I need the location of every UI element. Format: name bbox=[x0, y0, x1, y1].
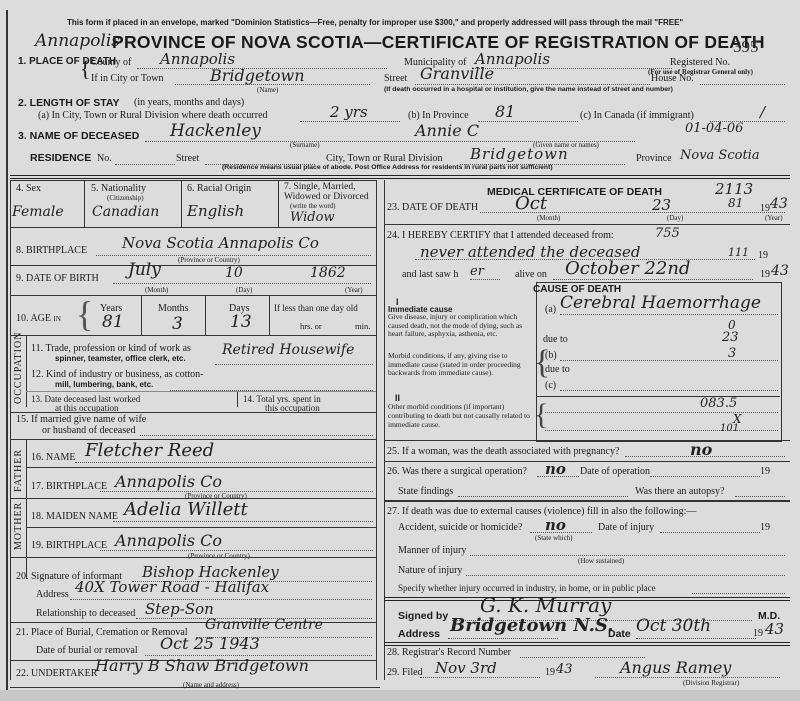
how-sustained: (How sustained) bbox=[578, 557, 624, 565]
age-label: 10. AGE in bbox=[16, 313, 61, 324]
nationality-label: 5. Nationality bbox=[91, 183, 146, 194]
residence-town-label: City, Town or Rural Division bbox=[326, 153, 443, 164]
racial-origin-label: 6. Racial Origin bbox=[187, 183, 251, 194]
q25-label: 25. If a woman, was the death associated… bbox=[387, 446, 619, 457]
filed-year-prefix: 19 bbox=[545, 667, 555, 678]
hrs-label: hrs. or bbox=[300, 321, 322, 331]
deceased-code: 01-04-06 bbox=[685, 121, 743, 136]
medical-date-value: Oct 30th bbox=[636, 616, 711, 636]
hospital-note: (If death occurred in a hospital or inst… bbox=[384, 86, 673, 93]
accident-value: no bbox=[545, 516, 566, 534]
attended-code: 755 bbox=[655, 226, 680, 241]
father-birthplace-label: 17. BIRTHPLACE bbox=[31, 481, 107, 492]
stay-a-label: (a) In City, Town or Rural Division wher… bbox=[38, 110, 268, 121]
residence-town-value: Bridgetown bbox=[470, 145, 569, 163]
month-caption: (Month) bbox=[145, 286, 168, 294]
injury-year-prefix: 19 bbox=[760, 522, 770, 533]
q11-sub: spinner, teamster, office clerk, etc. bbox=[55, 354, 186, 363]
mother-side-label: MOTHER bbox=[13, 502, 24, 550]
nature-label: Nature of injury bbox=[398, 565, 462, 576]
registrar-caption: (Division Registrar) bbox=[683, 679, 739, 687]
death-day-caption: (Day) bbox=[667, 214, 683, 222]
nationality-sub: (Citizenship) bbox=[107, 194, 144, 202]
q29-label: 29. Filed bbox=[387, 667, 423, 678]
last-saw-year: 43 bbox=[771, 263, 789, 279]
residence-note: (Residence means usual place of abode. P… bbox=[222, 164, 553, 171]
medical-date-label: Date bbox=[608, 628, 631, 640]
father-name-label: 16. NAME bbox=[31, 452, 75, 463]
number-stamp: 395 bbox=[733, 37, 759, 57]
brace: { bbox=[80, 58, 91, 80]
province-label: Province bbox=[636, 153, 672, 164]
name-of-deceased-label: 3. NAME OF DECEASED bbox=[18, 130, 139, 142]
length-of-stay-label: 2. LENGTH OF STAY bbox=[18, 97, 120, 109]
header-notice: This form if placed in an envelope, mark… bbox=[67, 18, 683, 27]
death-day: 23 bbox=[652, 196, 671, 214]
surname-caption: (Surname) bbox=[290, 141, 320, 149]
stay-a-value: 2 yrs bbox=[330, 103, 368, 121]
filed-value: Nov 3rd bbox=[435, 659, 497, 677]
q24-label: 24. I HEREBY CERTIFY that I attended dec… bbox=[387, 230, 614, 241]
state-which: (State which) bbox=[535, 534, 573, 542]
cause-code-c: 3 bbox=[728, 346, 736, 361]
autopsy-label: Was there an autopsy? bbox=[635, 486, 724, 497]
residence-street-label: Street bbox=[176, 153, 199, 164]
occupation-value: Retired Housewife bbox=[222, 342, 354, 358]
last-saw-her: er bbox=[470, 264, 484, 279]
death-year-prefix: 19 bbox=[760, 203, 770, 214]
father-birthplace-value: Annapolis Co bbox=[115, 472, 222, 491]
marital-label: 7. Single, Married, Widowed or Divorced bbox=[284, 182, 376, 202]
specify-label: Specify whether injury occurred in indus… bbox=[398, 583, 656, 593]
burial-value: Granville Centre bbox=[205, 617, 323, 633]
nationality-value: Canadian bbox=[92, 204, 159, 220]
last-saw-date: October 22nd bbox=[565, 258, 690, 279]
birthplace-label: 8. BIRTHPLACE bbox=[16, 245, 87, 256]
marital-value: Widow bbox=[290, 210, 335, 225]
given-names-value: Annie C bbox=[415, 121, 479, 140]
death-month-caption: (Month) bbox=[537, 214, 560, 222]
mother-maiden-label: 18. MAIDEN NAME bbox=[31, 511, 118, 522]
day-caption: (Day) bbox=[236, 286, 252, 294]
medical-address-label: Address bbox=[398, 628, 440, 640]
informant-address-value: 40X Tower Road - Halifax bbox=[75, 578, 269, 596]
cause-a-label: (a) bbox=[545, 304, 556, 315]
marital-sub: (write the word) bbox=[290, 202, 335, 210]
other-mark2: 101 bbox=[720, 423, 739, 434]
sex-value: Female bbox=[12, 204, 64, 220]
mother-birthplace-caption: (Province or Country) bbox=[188, 552, 250, 560]
left-border bbox=[6, 10, 8, 700]
q12-sub: mill, lumbering, bank, etc. bbox=[55, 380, 153, 389]
residence-label: RESIDENCE bbox=[30, 152, 91, 164]
q15-sub: or husband of deceased bbox=[42, 425, 136, 436]
street-value: Granville bbox=[420, 64, 494, 83]
other-desc: Other morbid conditions (if important) c… bbox=[388, 402, 530, 429]
due-to-2: due to bbox=[545, 364, 570, 375]
medical-title: MEDICAL CERTIFICATE OF DEATH bbox=[487, 186, 662, 198]
q28-label: 28. Registrar's Record Number bbox=[387, 647, 511, 658]
last-saw-year-prefix: 19 bbox=[760, 269, 770, 280]
mother-maiden-value: Adelia Willett bbox=[124, 499, 248, 520]
alive-on-label: alive on bbox=[515, 269, 547, 280]
dob-year: 1862 bbox=[310, 265, 346, 281]
cause-b-label: (b) bbox=[545, 350, 557, 361]
age-months-label: Months bbox=[158, 303, 189, 314]
burial-date-label: Date of burial or removal bbox=[36, 645, 138, 656]
morbid-desc: Morbid conditions, if any, giving rise t… bbox=[388, 352, 530, 378]
manner-label: Manner of injury bbox=[398, 545, 466, 556]
op-date-label: Date of operation bbox=[580, 466, 650, 477]
racial-origin-value: English bbox=[187, 202, 244, 220]
age-less-label: If less than one day old bbox=[274, 303, 358, 313]
stay-c-label: (c) In Canada (if immigrant) bbox=[580, 110, 694, 121]
signed-by-value: G. K. Murray bbox=[480, 593, 611, 617]
cause-c-label: (c) bbox=[545, 380, 556, 391]
accident-label: Accident, suicide or homicide? bbox=[398, 522, 522, 533]
death-year-caption: (Year) bbox=[765, 214, 783, 222]
death-year: 43 bbox=[770, 196, 788, 212]
father-side-label: FATHER bbox=[13, 449, 24, 492]
province-value: Nova Scotia bbox=[680, 148, 760, 163]
age-years: 81 bbox=[102, 312, 124, 332]
cause-code-b: 23 bbox=[722, 330, 739, 345]
sex-label: 4. Sex bbox=[16, 183, 41, 194]
place-of-death-label: 1. PLACE OF DEATH bbox=[18, 56, 70, 68]
death-month: Oct bbox=[515, 193, 547, 214]
injury-date-label: Date of injury bbox=[598, 522, 654, 533]
attended-year-prefix: 19 bbox=[758, 250, 768, 261]
q26-label: 26. Was there a surgical operation? bbox=[387, 466, 527, 477]
attended-code2: 111 bbox=[728, 246, 749, 259]
last-saw-label: and last saw h bbox=[402, 269, 458, 280]
cause-a-value: Cerebral Haemorrhage bbox=[560, 293, 761, 313]
birthplace-value: Nova Scotia Annapolis Co bbox=[122, 234, 319, 252]
father-name-value: Fletcher Reed bbox=[85, 440, 214, 461]
op-year-prefix: 19 bbox=[760, 466, 770, 477]
registered-no-label: Registered No. bbox=[670, 57, 730, 68]
mother-birthplace-label: 19. BIRTHPLACE bbox=[31, 540, 107, 551]
q23-label: 23. DATE OF DEATH bbox=[387, 202, 478, 213]
name-caption: (Name) bbox=[257, 86, 278, 94]
dob-month: July bbox=[128, 260, 161, 280]
informant-address-label: Address bbox=[36, 589, 69, 600]
relationship-value: Step-Son bbox=[145, 600, 214, 618]
surname-value: Hackenley bbox=[170, 121, 261, 141]
medical-address-value: Bridgetown N.S. bbox=[450, 615, 614, 636]
q15-label: 15. If married give name of wife bbox=[16, 414, 146, 425]
min-label: min. bbox=[355, 321, 370, 331]
margin-annotation: Annapolis bbox=[35, 31, 120, 51]
q27-label: 27. If death was due to external causes … bbox=[387, 506, 696, 517]
age-days: 13 bbox=[230, 312, 252, 332]
signed-by-label: Signed by bbox=[398, 610, 448, 622]
q26-value: no bbox=[545, 460, 566, 478]
burial-date-value: Oct 25 1943 bbox=[160, 634, 260, 653]
q11-label: 11. Trade, profession or kind of work as bbox=[31, 343, 191, 354]
year-caption: (Year) bbox=[345, 286, 363, 294]
undertaker-label: 22. UNDERTAKER bbox=[16, 668, 97, 679]
town-label: If in City or Town bbox=[91, 73, 163, 84]
dob-label: 9. DATE OF BIRTH bbox=[16, 273, 99, 284]
undertaker-value: Harry B Shaw Bridgetown bbox=[95, 656, 309, 675]
state-findings-label: State findings bbox=[398, 486, 453, 497]
registrar-name: Angus Ramey bbox=[620, 658, 731, 677]
filed-year: 43 bbox=[556, 662, 573, 677]
occupation-side-label: OCCUPATION bbox=[13, 332, 24, 404]
stay-c-value: / bbox=[760, 103, 765, 121]
age-months: 3 bbox=[172, 314, 183, 334]
house-no-label: House No. bbox=[651, 73, 694, 84]
street-label: Street bbox=[384, 73, 407, 84]
town-value: Bridgetown bbox=[210, 66, 305, 85]
birthplace-caption: (Province or Country) bbox=[178, 256, 240, 264]
dob-day: 10 bbox=[225, 265, 243, 281]
relationship-label: Relationship to deceased bbox=[36, 608, 135, 619]
medical-year-prefix: 19 bbox=[753, 628, 763, 639]
stay-b-label: (b) In Province bbox=[408, 110, 469, 121]
q12-label: 12. Kind of industry or business, as cot… bbox=[31, 369, 204, 380]
q25-value: no bbox=[690, 440, 712, 459]
residence-no-label: No. bbox=[97, 153, 112, 164]
mother-birthplace-value: Annapolis Co bbox=[115, 531, 222, 550]
stay-b-value: 81 bbox=[495, 102, 515, 121]
other-code: 083.5 bbox=[700, 396, 737, 411]
county-label: County of bbox=[91, 57, 131, 68]
death-code: 81 bbox=[728, 196, 743, 210]
length-of-stay-sub: (in years, months and days) bbox=[134, 97, 244, 108]
immediate-desc: Give disease, injury or complication whi… bbox=[388, 313, 530, 339]
death-certificate: This form if placed in an envelope, mark… bbox=[0, 0, 800, 701]
medical-date-year: 43 bbox=[765, 620, 784, 638]
